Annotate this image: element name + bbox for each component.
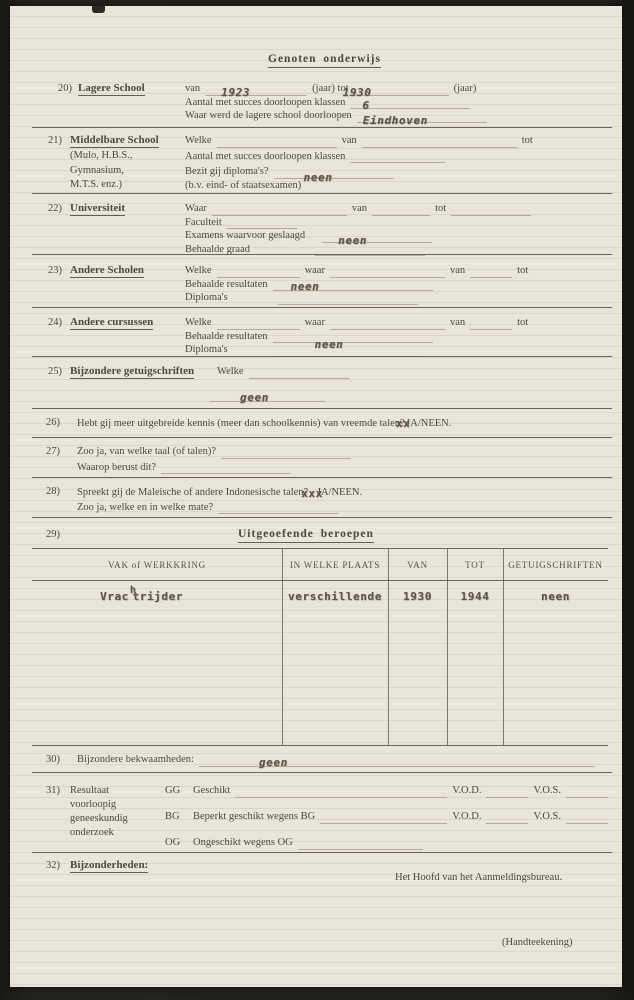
item-21-sub3: M.T.S. enz.) bbox=[70, 178, 122, 191]
item-25-label: Bijzondere getuigschriften bbox=[70, 365, 194, 379]
item-25-number: 25) bbox=[48, 365, 62, 378]
faculteit-row: Faculteit bbox=[185, 216, 612, 230]
item-21-sub2: Gymnasium, bbox=[70, 164, 124, 177]
code-gg: GG bbox=[165, 784, 193, 797]
item-26-number: 26) bbox=[46, 416, 60, 429]
van-label: van bbox=[352, 202, 367, 215]
section-28: 28) Spreekt gij de Maleische of andere I… bbox=[10, 485, 622, 514]
item-21-number: 21) bbox=[48, 134, 62, 147]
vak-text-post: trijder bbox=[133, 590, 184, 603]
resultaat-label-1: Resultaat bbox=[70, 784, 109, 797]
item-32-number: 32) bbox=[46, 859, 60, 872]
header-vak-werkkring: VAK of WERKKRING bbox=[32, 560, 282, 570]
vreemde-talen-question: Hebt gij meer uitgebreide kennis (meer d… bbox=[77, 417, 405, 430]
section-27: 27) Zoo ja, van welke taal (of talen)? W… bbox=[10, 445, 622, 474]
item-27-number: 27) bbox=[46, 445, 60, 458]
divider bbox=[32, 254, 612, 255]
cell-vak: Vrachtrijder bbox=[32, 587, 282, 605]
waar-label: Waar bbox=[185, 202, 207, 215]
item-23-number: 23) bbox=[48, 264, 62, 277]
table-row: Vrachtrijder verschillende 1930 1944 nee… bbox=[32, 585, 608, 607]
divider bbox=[32, 477, 612, 478]
vreemde-talen-row: Hebt gij meer uitgebreide kennis (meer d… bbox=[77, 416, 622, 430]
typed-van-jaar: 1923 bbox=[221, 86, 250, 99]
vos-label: V.O.S. bbox=[533, 784, 561, 797]
klassen-field: 6 bbox=[350, 98, 470, 109]
code-og: OG bbox=[165, 836, 193, 849]
typed-geen: geen bbox=[259, 756, 288, 769]
lagere-school-jaren-row: van 1923 (jaar) tot 1930 (jaar) bbox=[185, 82, 612, 96]
examens-row: Examens waarvoor geslaagd neen bbox=[185, 229, 612, 243]
header-tot: TOT bbox=[447, 560, 503, 570]
welke-label: Welke bbox=[185, 316, 212, 329]
ja-neen-label: JA/NEEN. bbox=[317, 486, 362, 499]
header-in-welke-plaats: IN WELKE PLAATS bbox=[282, 560, 388, 570]
bg-label: Beperkt geschikt wegens BG bbox=[193, 810, 315, 823]
welke-label: Welke bbox=[185, 134, 212, 147]
item-24-label: Andere cursussen bbox=[70, 316, 153, 330]
item-24-number: 24) bbox=[48, 316, 62, 329]
typed-strikeout-xx: xx bbox=[396, 417, 410, 430]
waar-label: waar bbox=[305, 316, 325, 329]
van-label: van bbox=[185, 82, 200, 95]
diploma-label: Bezit gij diploma's? bbox=[185, 165, 269, 178]
klassen-label: Aantal met succes doorloopen klassen bbox=[185, 96, 345, 109]
van-label: van bbox=[450, 316, 465, 329]
diplomas-label: Diploma's bbox=[185, 343, 228, 356]
waarop-berust-question: Waarop berust dit? bbox=[77, 461, 156, 474]
item-21-label: Middelbare School bbox=[70, 134, 159, 148]
item-31-number: 31) bbox=[46, 784, 60, 797]
waar-field: Eindhoven bbox=[357, 112, 487, 123]
van-jaar-field: 1923 bbox=[205, 85, 307, 96]
item-22-number: 22) bbox=[48, 202, 62, 215]
maleische-talen-question: Spreekt gij de Maleische of andere Indon… bbox=[77, 486, 308, 499]
form-title: Genoten onderwijs bbox=[268, 53, 381, 68]
item-21-sub1: (Mulo, H.B.S., bbox=[70, 149, 132, 162]
divider bbox=[32, 772, 612, 773]
examens-label: Examens waarvoor geslaagd bbox=[185, 229, 305, 242]
item-20-number: 20) bbox=[58, 82, 72, 95]
vod-label: V.O.D. bbox=[452, 784, 481, 797]
welke-taal-row: Zoo ja, van welke taal (of talen)? bbox=[77, 445, 622, 459]
typed-diploma: neen bbox=[304, 171, 333, 184]
vak-text-pre: Vrac bbox=[100, 590, 129, 603]
van-label: van bbox=[342, 134, 357, 147]
waarop-berust-row: Waarop berust dit? bbox=[77, 461, 622, 475]
tot-jaar-field: 1930 bbox=[349, 85, 449, 96]
section-31: 31) Resultaat voorloopig geneeskundig on… bbox=[10, 784, 622, 854]
bekwaamheden-row: Bijzondere bekwaamheden: geen bbox=[77, 753, 622, 767]
diplomas-row: Diploma's bbox=[185, 343, 612, 357]
diploma-field: neen bbox=[274, 168, 394, 179]
klassen-row: Aantal met succes doorloopen klassen bbox=[185, 150, 612, 164]
resultaten-row: Behaalde resultaten neen bbox=[185, 278, 612, 292]
waar-label: Waar werd de lagere school doorloopen bbox=[185, 109, 352, 122]
klassen-label: Aantal met succes doorloopen klassen bbox=[185, 150, 345, 163]
waar-label: waar bbox=[305, 264, 325, 277]
cell-tot: 1944 bbox=[447, 590, 503, 603]
maleische-talen-row: Spreekt gij de Maleische of andere Indon… bbox=[77, 485, 622, 499]
tot-label: tot bbox=[435, 202, 446, 215]
welke-van-tot-row: Welke van tot bbox=[185, 134, 612, 148]
item-28-number: 28) bbox=[46, 485, 60, 498]
diplomas-row: Diploma's bbox=[185, 291, 612, 305]
gg-label: Geschikt bbox=[193, 784, 230, 797]
jaar-label: (jaar) bbox=[454, 82, 477, 95]
divider bbox=[32, 437, 612, 438]
handteekening-label: (Handteekening) bbox=[502, 937, 573, 948]
resultaat-label-4: onderzoek bbox=[70, 826, 114, 839]
typed-strikeout-xxx: xxx bbox=[301, 487, 323, 500]
van-label: van bbox=[450, 264, 465, 277]
note-row: (b.v. eind- of staatsexamen) bbox=[185, 179, 612, 193]
staatsexamen-note: (b.v. eind- of staatsexamen) bbox=[185, 179, 301, 192]
welke-label: Welke bbox=[217, 365, 244, 378]
beroepen-title: Uitgeoefende beroepen bbox=[238, 528, 374, 543]
divider bbox=[32, 356, 612, 357]
divider bbox=[32, 408, 612, 409]
typed-waar: Eindhoven bbox=[363, 114, 428, 127]
tot-label: tot bbox=[517, 316, 528, 329]
beroepen-table: VAK of WERKKRING IN WELKE PLAATS VAN TOT… bbox=[32, 548, 608, 746]
item-23-label: Andere Scholen bbox=[70, 264, 144, 278]
divider bbox=[32, 127, 612, 128]
welke-waar-van-tot-row: Welke waar van tot bbox=[185, 264, 612, 278]
item-20-label: Lagere School bbox=[78, 82, 145, 96]
item-29-number: 29) bbox=[46, 528, 60, 541]
divider bbox=[32, 307, 612, 308]
geen-row: geen bbox=[217, 389, 612, 403]
vod-label: V.O.D. bbox=[452, 810, 481, 823]
item-22-label: Universiteit bbox=[70, 202, 125, 216]
header-van: VAN bbox=[388, 560, 447, 570]
waar-row: Waar werd de lagere school doorloopen Ei… bbox=[185, 109, 612, 123]
welke-mate-question: Zoo ja, welke en in welke mate? bbox=[77, 501, 213, 514]
item-30-number: 30) bbox=[46, 753, 60, 766]
vak-typed-correction-h: h bbox=[130, 585, 137, 596]
table-header-row: VAK of WERKKRING IN WELKE PLAATS VAN TOT… bbox=[32, 549, 608, 581]
typed-klassen: 6 bbox=[362, 99, 369, 112]
welke-row: Welke bbox=[217, 365, 612, 379]
ja-neen-label: JA/NEEN. bbox=[406, 417, 451, 430]
scan-artifact-mark bbox=[92, 6, 105, 13]
section-26: 26) Hebt gij meer uitgebreide kennis (me… bbox=[10, 416, 622, 430]
section-30: 30) Bijzondere bekwaamheden: geen bbox=[10, 753, 622, 767]
faculteit-label: Faculteit bbox=[185, 216, 222, 229]
resultaten-field: neen bbox=[273, 280, 433, 291]
hoofd-aanmeldingsbureau-label: Het Hoofd van het Aanmeldingsbureau. bbox=[395, 872, 562, 883]
resultaten-field: neen bbox=[273, 332, 433, 343]
diploma-row: Bezit gij diploma's? neen bbox=[185, 165, 612, 179]
getuigschriften-field: geen bbox=[210, 391, 325, 402]
form-page: Genoten onderwijs 20) Lagere School van … bbox=[10, 6, 622, 987]
og-label: Ongeschikt wegens OG bbox=[193, 836, 293, 849]
tot-label: tot bbox=[517, 264, 528, 277]
welke-waar-van-tot-row: Welke waar van tot bbox=[185, 316, 612, 330]
tot-label: tot bbox=[522, 134, 533, 147]
welke-mate-row: Zoo ja, welke en in welke mate? bbox=[77, 501, 622, 515]
examens-field: neen bbox=[322, 232, 432, 243]
item-32-label: Bijzonderheden: bbox=[70, 859, 148, 873]
typed-geen: geen bbox=[240, 391, 269, 404]
og-row: OG Ongeschikt wegens OG bbox=[165, 836, 608, 850]
typed-tot-jaar: 1930 bbox=[343, 86, 372, 99]
waar-van-tot-row: Waar van tot bbox=[185, 202, 612, 216]
resultaten-row: Behaalde resultaten neen bbox=[185, 330, 612, 344]
cell-getuigschriften: neen bbox=[503, 590, 608, 603]
welke-taal-question: Zoo ja, van welke taal (of talen)? bbox=[77, 445, 216, 458]
cell-plaats: verschillende bbox=[282, 590, 388, 603]
bekwaamheden-field: geen bbox=[199, 756, 594, 767]
welke-label: Welke bbox=[185, 264, 212, 277]
divider bbox=[32, 193, 612, 194]
bg-row: BG Beperkt geschikt wegens BG V.O.D. V.O… bbox=[165, 810, 608, 824]
diplomas-label: Diploma's bbox=[185, 291, 228, 304]
cell-van: 1930 bbox=[388, 590, 447, 603]
resultaten-label: Behaalde resultaten bbox=[185, 330, 268, 343]
code-bg: BG bbox=[165, 810, 193, 823]
resultaten-label: Behaalde resultaten bbox=[185, 278, 268, 291]
gg-row: GG Geschikt V.O.D. V.O.S. bbox=[165, 784, 608, 798]
resultaat-label-2: voorloopig bbox=[70, 798, 116, 811]
resultaat-label-3: geneeskundig bbox=[70, 812, 128, 825]
bekwaamheden-label: Bijzondere bekwaamheden: bbox=[77, 753, 194, 766]
divider bbox=[32, 517, 612, 518]
typed-resultaten: neen bbox=[291, 280, 320, 293]
vos-label: V.O.S. bbox=[533, 810, 561, 823]
header-getuigschriften: GETUIGSCHRIFTEN bbox=[503, 560, 608, 570]
divider bbox=[32, 852, 612, 853]
